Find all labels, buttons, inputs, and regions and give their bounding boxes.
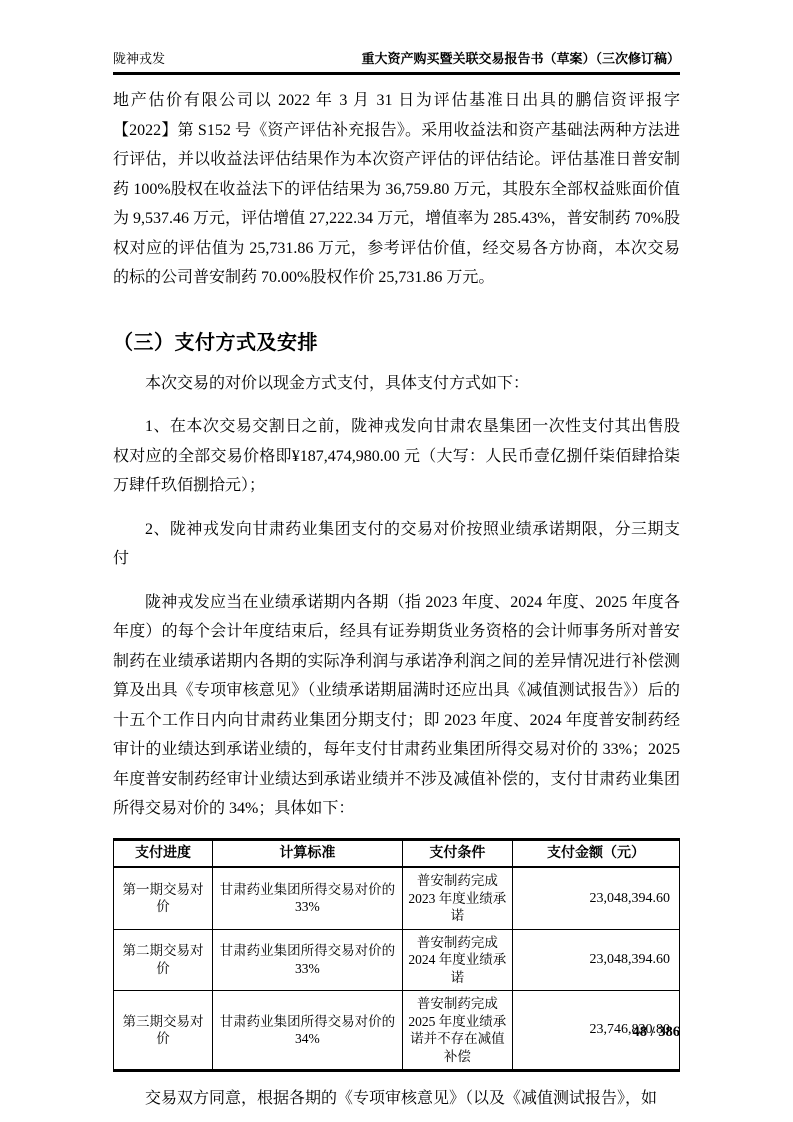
column-header-payment-amount: 支付金额（元） [513, 839, 680, 867]
paragraph-valuation-conclusion: 地产估价有限公司以 2022 年 3 月 31 日为评估基准日出具的鹏信资评报字… [113, 86, 680, 293]
cell-amount: 23,048,394.60 [513, 929, 680, 991]
page-footer: 48 / 386 [113, 1024, 680, 1040]
paragraph-payment-intro: 本次交易的对价以现金方式支付，具体支付方式如下： [113, 369, 680, 399]
table-row-installment-1: 第一期交易对价 甘肃药业集团所得交易对价的 33% 普安制药完成 2023 年度… [114, 867, 680, 929]
paragraph-closing: 交易双方同意，根据各期的《专项审核意见》（以及《减值测试报告》，如 [113, 1084, 680, 1114]
cell-condition: 普安制药完成 2024 年度业绩承诺 [402, 929, 512, 991]
cell-standard: 甘肃药业集团所得交易对价的 33% [213, 929, 403, 991]
cell-standard: 甘肃药业集团所得交易对价的 33% [213, 867, 403, 929]
cell-condition: 普安制药完成 2023 年度业绩承诺 [402, 867, 512, 929]
document-page: 陇神戎发 重大资产购买暨关联交易报告书（草案）（三次修订稿） 地产估价有限公司以… [0, 0, 793, 1122]
column-header-payment-condition: 支付条件 [402, 839, 512, 867]
paragraph-payment-item-2: 2、陇神戎发向甘肃药业集团支付的交易对价按照业绩承诺期限，分三期支付 [113, 515, 680, 574]
cell-progress: 第二期交易对价 [114, 929, 213, 991]
paragraph-payment-item-1: 1、在本次交易交割日之前，陇神戎发向甘肃农垦集团一次性支付其出售股权对应的全部交… [113, 412, 680, 501]
header-company-name: 陇神戎发 [113, 50, 165, 67]
cell-amount: 23,048,394.60 [513, 867, 680, 929]
column-header-calculation-standard: 计算标准 [213, 839, 403, 867]
section-heading-payment-method: （三）支付方式及安排 [113, 330, 680, 356]
page-header: 陇神戎发 重大资产购买暨关联交易报告书（草案）（三次修订稿） [113, 50, 680, 67]
table-row-installment-2: 第二期交易对价 甘肃药业集团所得交易对价的 33% 普安制药完成 2024 年度… [114, 929, 680, 991]
page-body: 地产估价有限公司以 2022 年 3 月 31 日为评估基准日出具的鹏信资评报字… [113, 86, 680, 1122]
page-number: 48 / 386 [632, 1024, 680, 1040]
header-divider-rule [113, 72, 680, 75]
cell-progress: 第一期交易对价 [114, 867, 213, 929]
payment-table-head: 支付进度 计算标准 支付条件 支付金额（元） [114, 839, 680, 867]
paragraph-performance-commitment-detail: 陇神戎发应当在业绩承诺期内各期（指 2023 年度、2024 年度、2025 年… [113, 588, 680, 824]
table-header-row: 支付进度 计算标准 支付条件 支付金额（元） [114, 839, 680, 867]
header-report-title: 重大资产购买暨关联交易报告书（草案）（三次修订稿） [361, 50, 680, 67]
column-header-payment-progress: 支付进度 [114, 839, 213, 867]
